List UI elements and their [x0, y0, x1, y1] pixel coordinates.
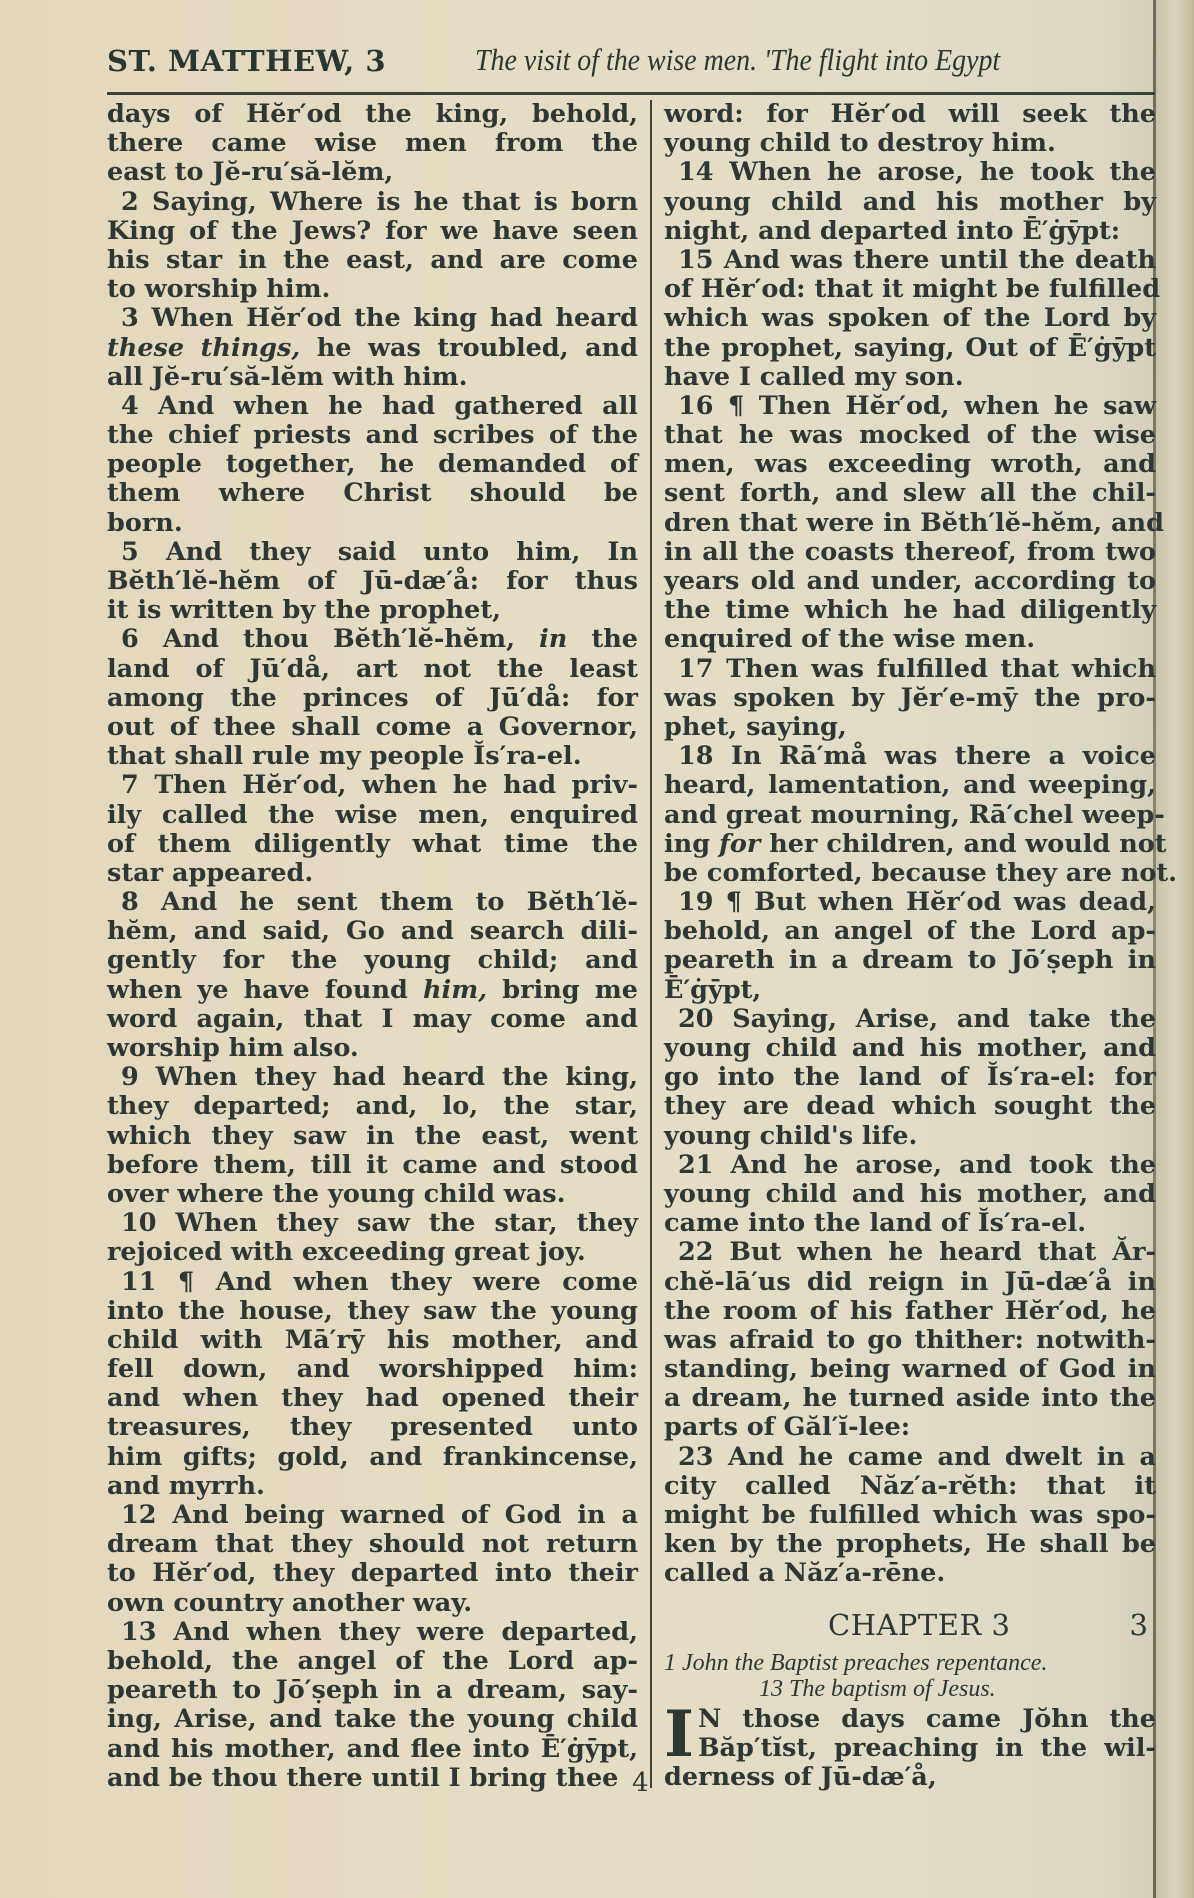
text-line: chĕ-lā′us did reign in Jū-dæ′å in — [664, 1268, 1156, 1297]
text-line: young child and his mother by — [664, 188, 1156, 217]
text-line: worship him also. — [107, 1034, 638, 1063]
text-line: and when they had opened their — [107, 1384, 638, 1413]
left-text-column: days of Hĕr′od the king, behold,there ca… — [107, 100, 638, 1793]
text-line: young child's life. — [664, 1122, 1156, 1151]
text-line: 21 And he arose, and took the — [664, 1151, 1156, 1180]
text-line: rejoiced with exceeding great joy. — [107, 1238, 638, 1267]
text-line: all Jĕ-ru′să-lĕm with him. — [107, 363, 638, 392]
text-line: behold, the angel of the Lord ap- — [107, 1647, 638, 1676]
text-line: be comforted, because they are not. — [664, 859, 1156, 888]
text-line: of Hĕr′od: that it might be fulfilled — [664, 275, 1156, 304]
text-line: over where the young child was. — [107, 1180, 638, 1209]
text-line: 17 Then was fulfilled that which — [664, 655, 1156, 684]
chapter-summary-line: 13 The baptism of Jesus. — [664, 1676, 1156, 1702]
text-line: fell down, and worshipped him: — [107, 1355, 638, 1384]
text-line: gently for the young child; and — [107, 946, 638, 975]
text-line: which was spoken of the Lord by — [664, 304, 1156, 333]
text-line: them where Christ should be — [107, 479, 638, 508]
text-line: 12 And being warned of God in a — [107, 1501, 638, 1530]
column-divider — [650, 100, 652, 1788]
text-line: was afraid to go thither: notwith- — [664, 1326, 1156, 1355]
text-line: among the princes of Jū′då: for — [107, 684, 638, 713]
text-line: and be thou there until I bring thee — [107, 1764, 638, 1793]
text-line: which they saw in the east, went — [107, 1122, 638, 1151]
text-line: 7 Then Hĕr′od, when he had priv- — [107, 771, 638, 800]
text-line: east to Jĕ-ru′să-lĕm, — [107, 158, 638, 187]
text-line: 23 And he came and dwelt in a — [664, 1443, 1156, 1472]
adjacent-page-edge — [1156, 0, 1194, 1898]
text-line: the prophet, saying, Out of Ē′ġȳpt — [664, 334, 1156, 363]
text-line: 11 ¶ And when they were come — [107, 1268, 638, 1297]
text-line: 13 And when they were departed, — [107, 1618, 638, 1647]
text-line: Ē′ġȳpt, — [664, 976, 1156, 1005]
text-line: word: for Hĕr′od will seek the — [664, 100, 1156, 129]
text-line: to Hĕr′od, they departed into their — [107, 1559, 638, 1588]
text-line: of them diligently what time the — [107, 830, 638, 859]
text-line: there came wise men from the — [107, 129, 638, 158]
text-line: people together, he demanded of — [107, 450, 638, 479]
text-line: was spoken by Jĕr′e-mȳ the pro- — [664, 684, 1156, 713]
text-line: that he was mocked of the wise — [664, 421, 1156, 450]
text-line: his star in the east, and are come — [107, 246, 638, 275]
chapter-number: 3 — [1130, 1608, 1148, 1642]
text-line: enquired of the wise men. — [664, 625, 1156, 654]
text-line: 19 ¶ But when Hĕr′od was dead, — [664, 888, 1156, 917]
text-line: N those days came Jŏhn the — [664, 1705, 1156, 1734]
text-line: came into the land of Ĭs′ra-el. — [664, 1209, 1156, 1238]
text-line: word again, that I may come and — [107, 1005, 638, 1034]
text-line: young child to destroy him. — [664, 129, 1156, 158]
italic-word: these things, — [107, 333, 300, 363]
right-text-column: word: for Hĕr′od will seek theyoung chil… — [664, 100, 1156, 1589]
text-line: out of thee shall come a Governor, — [107, 713, 638, 742]
book-chapter-title: ST. MATTHEW, 3 — [107, 44, 386, 78]
text-line: derness of Jū-dæ′å, — [664, 1763, 1156, 1792]
drop-cap: I — [664, 1707, 694, 1763]
text-line: born. — [107, 509, 638, 538]
text-line: land of Jū′då, art not the least — [107, 655, 638, 684]
text-line: standing, being warned of God in — [664, 1355, 1156, 1384]
text-line: 4 And when he had gathered all — [107, 392, 638, 421]
text-line: phet, saying, — [664, 713, 1156, 742]
text-line: called a Năz′a-rēne. — [664, 1559, 1156, 1588]
text-line: night, and departed into Ē′ġȳpt: — [664, 217, 1156, 246]
text-line: 15 And was there until the death — [664, 246, 1156, 275]
text-line: the room of his father Hĕr′od, he — [664, 1297, 1156, 1326]
text-line: own country another way. — [107, 1589, 638, 1618]
header-rule — [107, 92, 1155, 95]
text-line: city called Năz′a-rĕth: that it — [664, 1472, 1156, 1501]
running-header: ST. MATTHEW, 3 The visit of the wise men… — [107, 42, 1157, 82]
text-line: dren that were in Bĕth′lĕ-hĕm, and — [664, 509, 1156, 538]
text-line: 10 When they saw the star, they — [107, 1209, 638, 1238]
text-line: and great mourning, Rā′chel weep- — [664, 801, 1156, 830]
text-line: ily called the wise men, enquired — [107, 801, 638, 830]
text-line: go into the land of Ĭs′ra-el: for — [664, 1063, 1156, 1092]
text-line: when ye have found him, bring me — [107, 976, 638, 1005]
text-line: Băp′tĭst, preaching in the wil- — [664, 1734, 1156, 1763]
text-line: 8 And he sent them to Bĕth′lĕ- — [107, 888, 638, 917]
text-line: peareth to Jō′ṣeph in a dream, say- — [107, 1676, 638, 1705]
chapter-title: CHAPTER 3 — [828, 1608, 1010, 1642]
text-line: and myrrh. — [107, 1472, 638, 1501]
text-line: behold, an angel of the Lord ap- — [664, 917, 1156, 946]
italic-word: for — [719, 829, 760, 859]
text-line: the chief priests and scribes of the — [107, 421, 638, 450]
text-line: have I called my son. — [664, 363, 1156, 392]
text-line: a dream, he turned aside into the — [664, 1384, 1156, 1413]
text-line: 2 Saying, Where is he that is born — [107, 188, 638, 217]
text-line: they are dead which sought the — [664, 1092, 1156, 1121]
text-line: 3 When Hĕr′od the king had heard — [107, 304, 638, 333]
chapter-summary-line: 1 John the Baptist preaches repentance. — [664, 1650, 1156, 1676]
text-line: 18 In Rā′må was there a voice — [664, 742, 1156, 771]
text-line: hĕm, and said, Go and search dili- — [107, 917, 638, 946]
text-line: 22 But when he heard that Ăr- — [664, 1238, 1156, 1267]
text-line: to worship him. — [107, 275, 638, 304]
text-line: child with Mā′rȳ his mother, and — [107, 1326, 638, 1355]
text-line: before them, till it came and stood — [107, 1151, 638, 1180]
text-line: 14 When he arose, he took the — [664, 158, 1156, 187]
text-line: ken by the prophets, He shall be — [664, 1530, 1156, 1559]
text-line: it is written by the prophet, — [107, 596, 638, 625]
text-line: men, was exceeding wroth, and — [664, 450, 1156, 479]
text-line: 16 ¶ Then Hĕr′od, when he saw — [664, 392, 1156, 421]
text-line: ing for her children, and would not — [664, 830, 1156, 859]
text-line: might be fulfilled which was spo- — [664, 1501, 1156, 1530]
text-line: the time which he had diligently — [664, 596, 1156, 625]
chapter-body: I N those days came Jŏhn the Băp′tĭst, p… — [664, 1705, 1156, 1793]
text-line: 9 When they had heard the king, — [107, 1063, 638, 1092]
text-line: these things, he was troubled, and — [107, 334, 638, 363]
italic-word: in — [539, 624, 567, 654]
text-line: treasures, they presented unto — [107, 1413, 638, 1442]
text-line: Bĕth′lĕ-hĕm of Jū-dæ′å: for thus — [107, 567, 638, 596]
text-line: 6 And thou Bĕth′lĕ-hĕm, in the — [107, 625, 638, 654]
text-line: heard, lamentation, and weeping, — [664, 771, 1156, 800]
text-line: young child and his mother, and — [664, 1034, 1156, 1063]
text-line: days of Hĕr′od the king, behold, — [107, 100, 638, 129]
text-line: him gifts; gold, and frankincense, — [107, 1443, 638, 1472]
chapter-summary: 1 John the Baptist preaches repentance. … — [664, 1650, 1156, 1702]
text-line: sent forth, and slew all the chil- — [664, 479, 1156, 508]
page-summary: The visit of the wise men. 'The flight i… — [475, 42, 1000, 78]
chapter-heading: CHAPTER 3 3 — [664, 1608, 1156, 1648]
text-line: star appeared. — [107, 859, 638, 888]
page-number: 4 — [632, 1768, 649, 1798]
text-line: into the house, they saw the young — [107, 1297, 638, 1326]
text-line: ing, Arise, and take the young child — [107, 1705, 638, 1734]
text-line: in all the coasts thereof, from two — [664, 538, 1156, 567]
text-line: parts of Găl′ĭ-lee: — [664, 1413, 1156, 1442]
text-line: young child and his mother, and — [664, 1180, 1156, 1209]
text-line: 20 Saying, Arise, and take the — [664, 1005, 1156, 1034]
text-line: King of the Jews? for we have seen — [107, 217, 638, 246]
text-line: peareth in a dream to Jō′ṣeph in — [664, 946, 1156, 975]
text-line: and his mother, and flee into Ē′ġȳpt, — [107, 1735, 638, 1764]
text-line: years old and under, according to — [664, 567, 1156, 596]
text-line: 5 And they said unto him, In — [107, 538, 638, 567]
italic-word: him, — [423, 975, 487, 1005]
text-line: they departed; and, lo, the star, — [107, 1092, 638, 1121]
text-line: that shall rule my people Ĭs′ra-el. — [107, 742, 638, 771]
text-line: dream that they should not return — [107, 1530, 638, 1559]
